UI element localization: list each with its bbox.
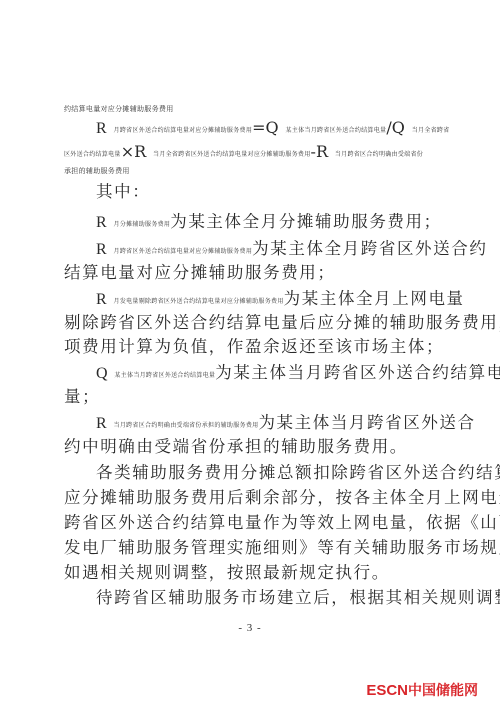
definition-text: 为某主体全月上网电量 <box>284 289 465 308</box>
body-text: 剔除跨省区外送合约结算电量后应分摊的辅助服务费用，如此 <box>64 312 500 334</box>
definition-text: 为某主体当月跨省区外送合约结算电 <box>215 363 500 382</box>
logo-chinese: 中国储能网 <box>408 683 478 699</box>
logo-latin: ESCN <box>366 682 408 699</box>
definition-text: 为某主体全月跨省区外送合约 <box>252 239 487 258</box>
subscript: 区外送合约结算电量 <box>64 151 121 158</box>
definition-r-month: R 月分摊辅助服务费用为某主体全月分摊辅助服务费用； <box>96 211 442 236</box>
body-text: 待跨省区辅助服务市场建立后，根据其相关规则调整相应 <box>96 587 500 609</box>
definition-text: 为某主体当月跨省区外送合 <box>258 413 475 432</box>
body-text: 结算电量对应分摊辅助服务费用； <box>64 262 336 284</box>
definition-text: 为某主体全月分摊辅助服务费用； <box>170 212 442 231</box>
operator-minus-r: -R <box>311 142 328 161</box>
subscript: 当月全省跨省区外送合约结算电量对应分摊辅助服务费用 <box>153 151 311 158</box>
definition-q: Q 某主体当月跨省区外送合约结算电量为某主体当月跨省区外送合约结算电 <box>96 362 500 387</box>
formula-line-1: R 月跨省区外送合约结算电量对应分摊辅助服务费用=Q 某主体当月跨省区外送合约结… <box>96 117 450 142</box>
symbol-q: Q <box>96 365 108 382</box>
body-text: 应分摊辅助服务费用后剩余部分，按各主体全月上网电量剔除 <box>64 487 500 509</box>
body-text: 约中明确由受端省份承担的辅助服务费用。 <box>64 436 408 458</box>
symbol-r: R <box>96 415 107 432</box>
where-heading: 其中： <box>96 181 150 203</box>
subscript: 当月全省跨省 <box>412 127 450 134</box>
body-text: 项费用计算为负值，作盈余返还至该市场主体； <box>64 336 444 358</box>
document-page: 约结算电量对应分摊辅助服务费用 R 月跨省区外送合约结算电量对应分摊辅助服务费用… <box>0 0 500 706</box>
subscript: 月跨省区外送合约结算电量对应分摊辅助服务费用 <box>114 248 253 255</box>
subscript: 某主体当月跨省区外送合约结算电量 <box>114 372 215 379</box>
definition-r-receiving: R 当月跨省区合约明确由受端省份承担的辅助服务费用为某主体当月跨省区外送合 <box>96 412 476 437</box>
escn-watermark-logo: ESCN中国储能网 <box>366 680 478 700</box>
symbol-r: R <box>96 120 107 137</box>
subscript: 当月跨省区合约明确由受端省份 <box>335 151 423 158</box>
subscript: 某主体当月跨省区外送合约结算电量 <box>286 127 387 134</box>
definition-r-generation: R 月发电量剔除跨省区外送合约结算电量对应分摊辅助服务费用为某主体全月上网电量 <box>96 288 465 313</box>
body-text: 各类辅助服务费用分摊总额扣除跨省区外送合约结算电量 <box>96 462 500 484</box>
symbol-r: R <box>96 214 107 231</box>
definition-r-crossprov: R 月跨省区外送合约结算电量对应分摊辅助服务费用为某主体全月跨省区外送合约 <box>96 238 487 263</box>
operator-equals-q: =Q <box>252 118 279 137</box>
body-text: 发电厂辅助服务管理实施细则》等有关辅助服务市场规则分摊。 <box>64 537 500 559</box>
body-text: 量； <box>64 386 100 408</box>
operator-divide-q: /Q <box>386 118 405 137</box>
formula-tail-text: 承担的辅助服务费用 <box>64 160 130 182</box>
symbol-r: R <box>96 291 107 308</box>
page-number: - 3 - <box>0 622 500 634</box>
subscript: 月发电量剔除跨省区外送合约结算电量对应分摊辅助服务费用 <box>114 298 284 305</box>
operator-times-r: ×R <box>121 142 146 161</box>
symbol-r: R <box>96 241 107 258</box>
body-text: 如遇相关规则调整，按照最新规定执行。 <box>64 562 390 584</box>
body-text: 跨省区外送合约结算电量作为等效上网电量，依据《山西并网 <box>64 512 500 534</box>
subscript: 月分摊辅助服务费用 <box>114 221 171 228</box>
subscript: 月跨省区外送合约结算电量对应分摊辅助服务费用 <box>114 127 253 134</box>
subscript: 当月跨省区合约明确由受端省份承担的辅助服务费用 <box>114 422 259 429</box>
